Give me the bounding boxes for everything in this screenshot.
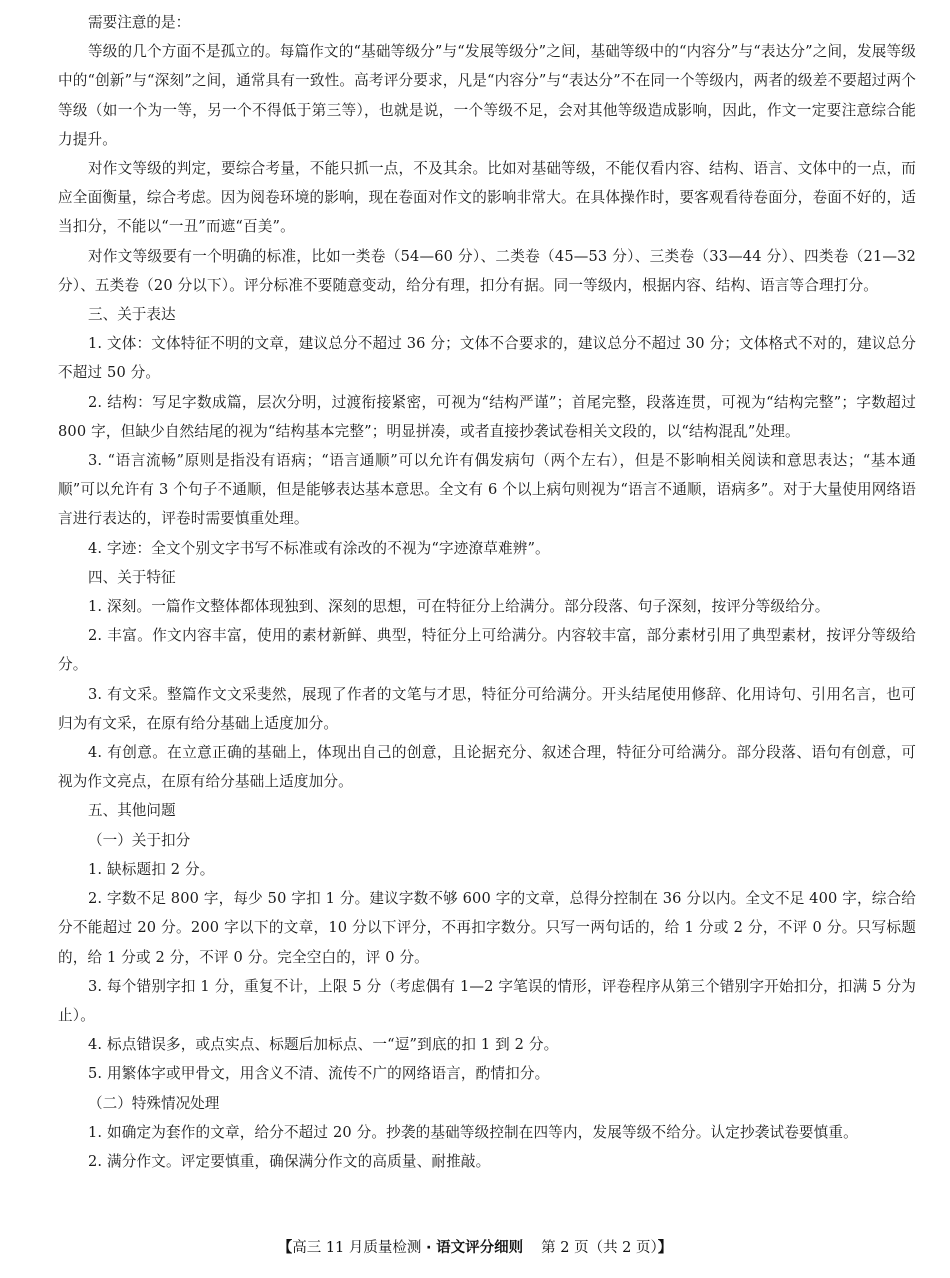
footer-separator: · xyxy=(426,1240,432,1256)
section-heading-other-issues: 五、其他问题 xyxy=(58,796,916,825)
item-language: 3. “语言流畅”原则是指没有语病；“语言通顺”可以允许有偶发病句（两个左右），… xyxy=(58,446,916,534)
item-depth: 1. 深刻。一篇作文整体都体现独到、深刻的思想，可在特征分上给满分。部分段落、句… xyxy=(58,592,916,621)
item-punctuation: 4. 标点错误多，或点实点、标题后加标点、一“逗”到底的扣 1 到 2 分。 xyxy=(58,1030,916,1059)
item-genre: 1. 文体：文体特征不明的文章，建议总分不超过 36 分；文体不合要求的，建议总… xyxy=(58,329,916,387)
page-footer: 【高三 11 月质量检测 · 语文评分细则第 2 页（共 2 页）】 xyxy=(0,1238,950,1258)
footer-page-info: 第 2 页（共 2 页） xyxy=(541,1240,658,1256)
item-traditional-characters: 5. 用繁体字或甲骨文，用含义不清、流传不广的网络语言，酌情扣分。 xyxy=(58,1059,916,1088)
item-literary-grace: 3. 有文采。整篇作文文采斐然，展现了作者的文笔与才思，特征分可给满分。开头结尾… xyxy=(58,680,916,738)
item-richness: 2. 丰富。作文内容丰富，使用的素材新鲜、典型，特征分上可给满分。内容较丰富，部… xyxy=(58,621,916,679)
footer-subject: 语文评分细则 xyxy=(436,1240,523,1256)
paragraph-holistic-judgment: 对作文等级的判定，要综合考量，不能只抓一点，不及其余。比如对基础等级，不能仅看内… xyxy=(58,154,916,242)
section-heading-expression: 三、关于表达 xyxy=(58,300,916,329)
paragraph-consistency: 等级的几个方面不是孤立的。每篇作文的“基础等级分”与“发展等级分”之间，基础等级… xyxy=(58,37,916,154)
footer-exam-name: 高三 11 月质量检测 xyxy=(292,1240,421,1256)
item-creativity: 4. 有创意。在立意正确的基础上，体现出自己的创意，且论据充分、叙述合理，特征分… xyxy=(58,738,916,796)
subsection-heading-deductions: （一）关于扣分 xyxy=(58,826,916,855)
item-full-marks: 2. 满分作文。评定要慎重，确保满分作文的高质量、耐推敲。 xyxy=(58,1147,916,1176)
footer-open-bracket: 【 xyxy=(278,1240,293,1256)
document-body: 需要注意的是： 等级的几个方面不是孤立的。每篇作文的“基础等级分”与“发展等级分… xyxy=(58,8,916,1176)
item-template-essay: 1. 如确定为套作的文章，给分不超过 20 分。抄袭的基础等级控制在四等内，发展… xyxy=(58,1118,916,1147)
note-heading: 需要注意的是： xyxy=(58,8,916,37)
section-heading-features: 四、关于特征 xyxy=(58,563,916,592)
item-word-count: 2. 字数不足 800 字，每少 50 字扣 1 分。建议字数不够 600 字的… xyxy=(58,884,916,972)
subsection-heading-special-cases: （二）特殊情况处理 xyxy=(58,1089,916,1118)
footer-close-bracket: 】 xyxy=(658,1240,673,1256)
item-handwriting: 4. 字迹：全文个别文字书写不标准或有涂改的不视为“字迹潦草难辨”。 xyxy=(58,534,916,563)
item-structure: 2. 结构：写足字数成篇，层次分明，过渡衔接紧密，可视为“结构严谨”；首尾完整，… xyxy=(58,388,916,446)
item-missing-title: 1. 缺标题扣 2 分。 xyxy=(58,855,916,884)
item-typos: 3. 每个错别字扣 1 分，重复不计，上限 5 分（考虑偶有 1—2 字笔误的情… xyxy=(58,972,916,1030)
paragraph-grade-standards: 对作文等级要有一个明确的标准，比如一类卷（54—60 分）、二类卷（45—53 … xyxy=(58,242,916,300)
